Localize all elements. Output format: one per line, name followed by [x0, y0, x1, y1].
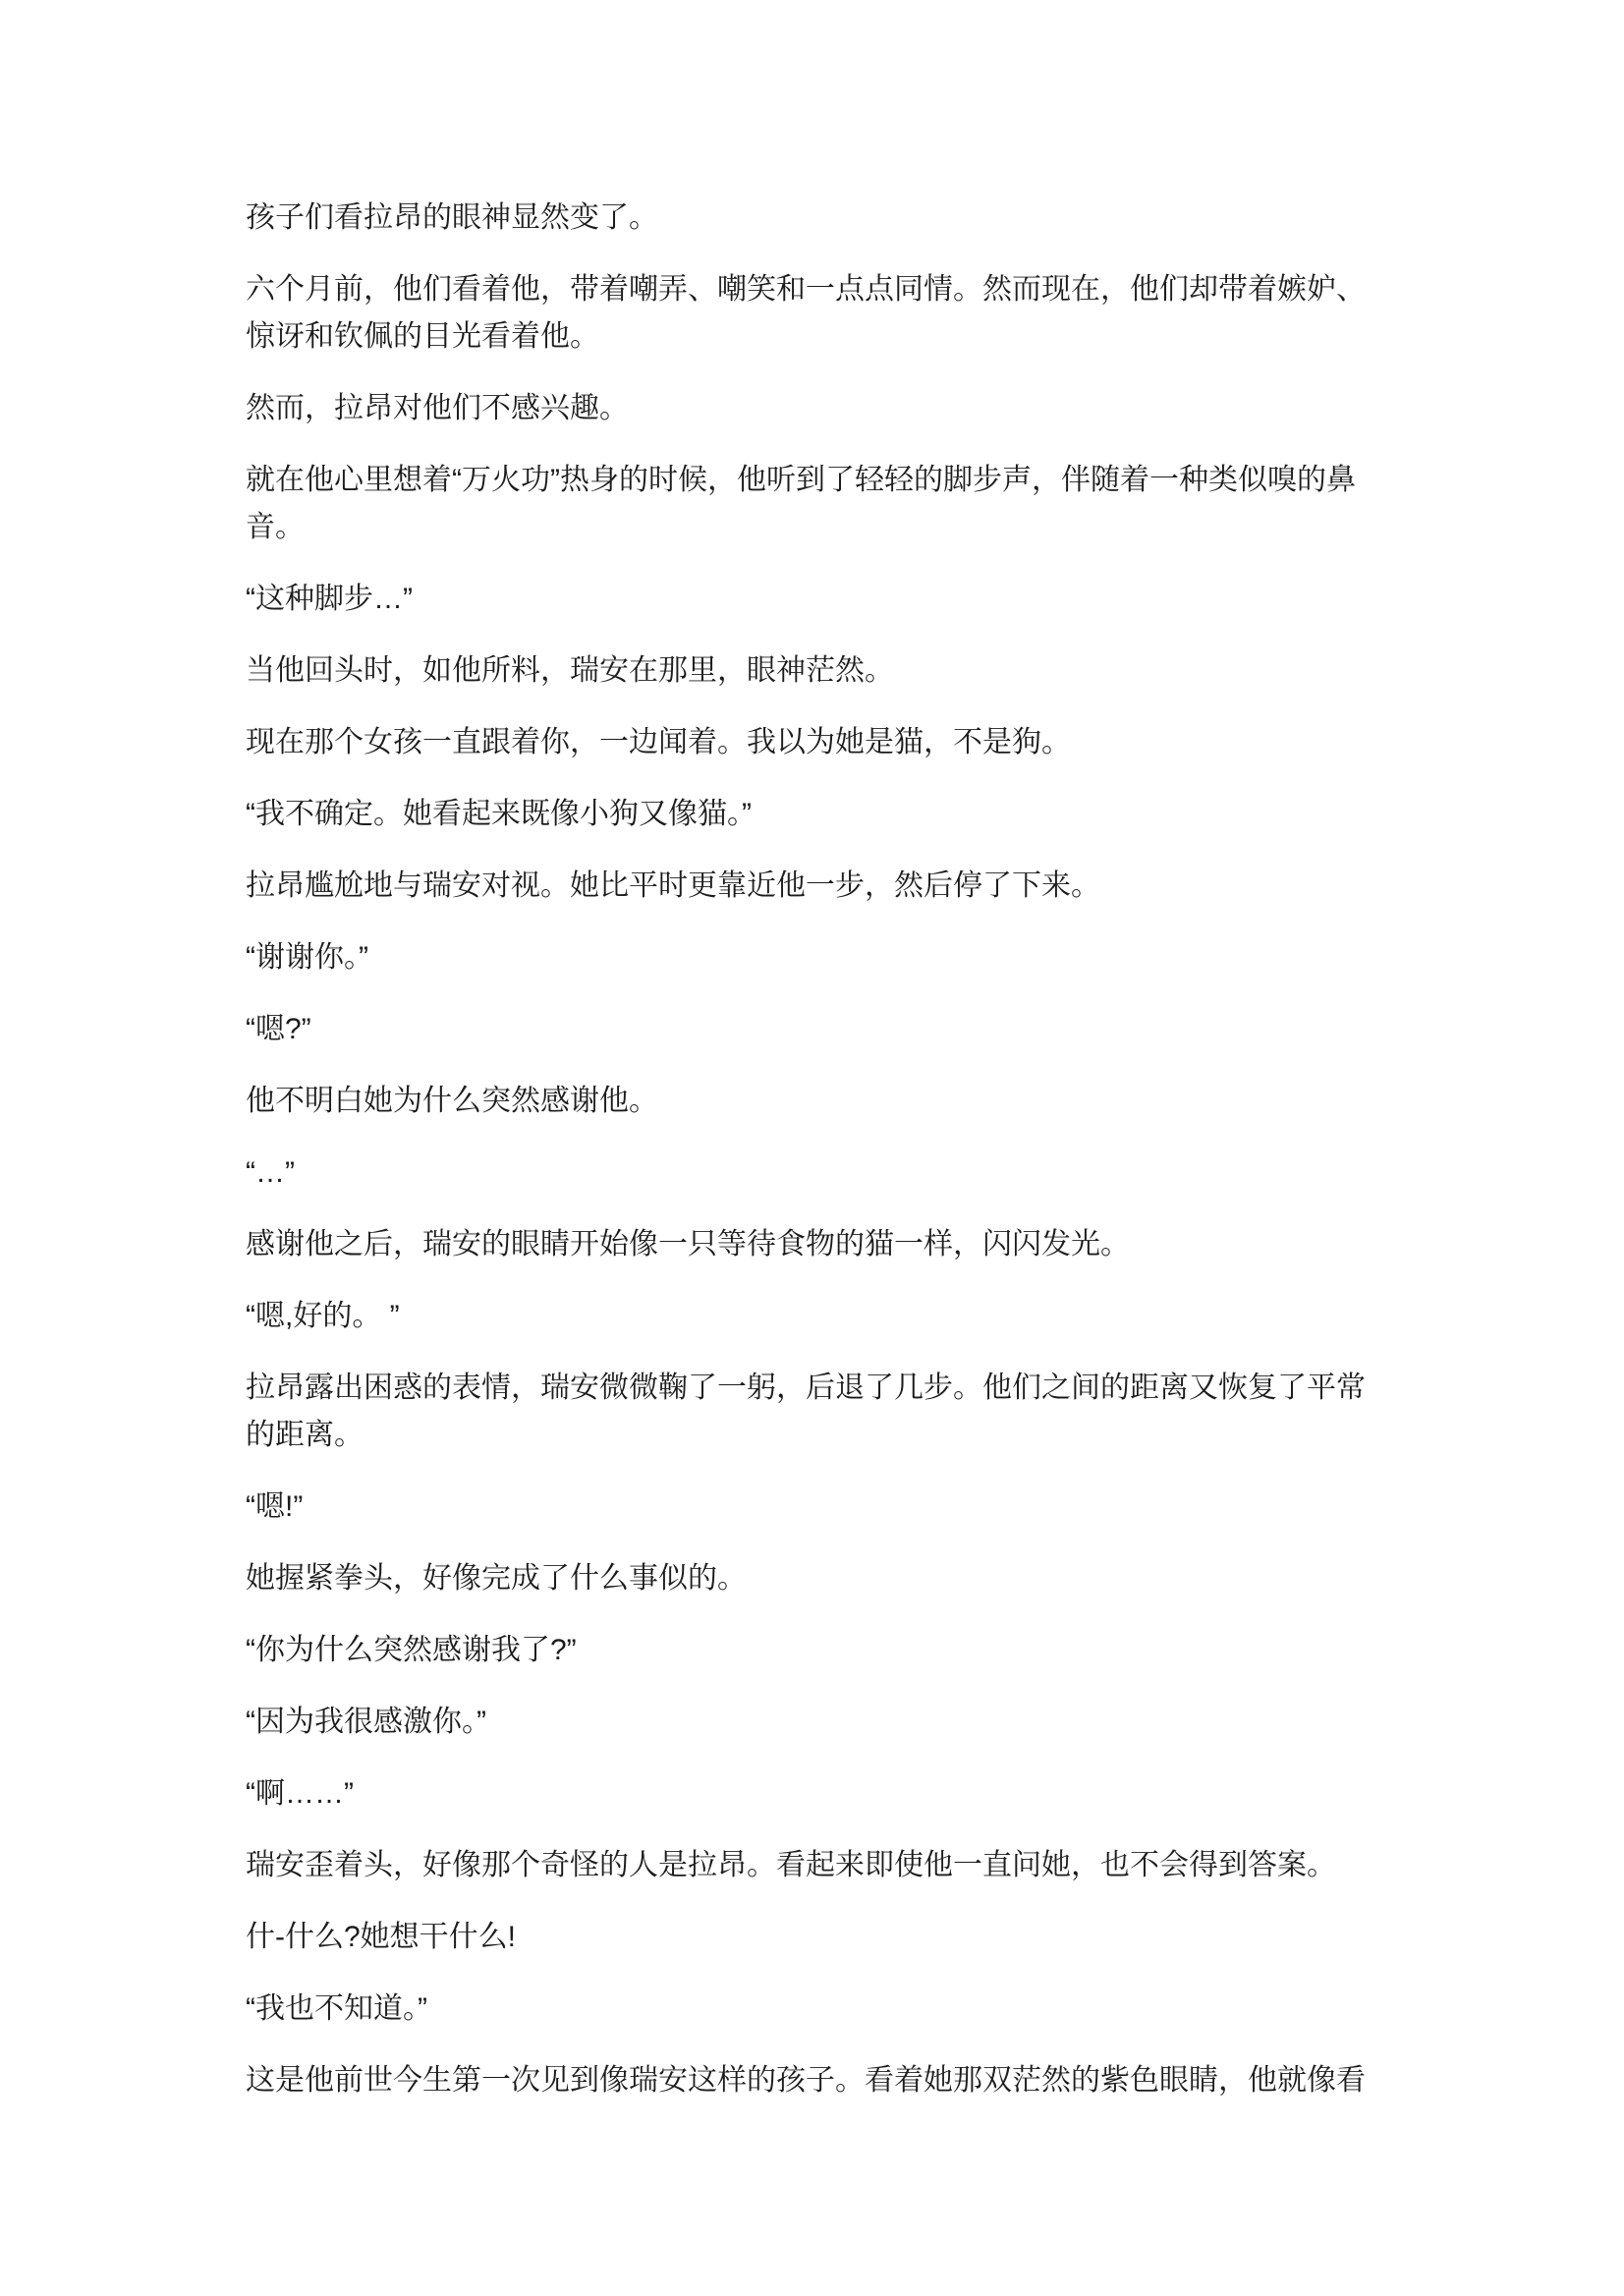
dialogue-paragraph: “我也不知道。” — [246, 1986, 1375, 2033]
dialogue-paragraph: “谢谢你。” — [246, 934, 1375, 981]
paragraph: 感谢他之后，瑞安的眼睛开始像一只等待食物的猫一样，闪闪发光。 — [246, 1221, 1375, 1268]
paragraph: 拉昂露出困惑的表情，瑞安微微鞠了一躬，后退了几步。他们之间的距离又恢复了平常的距… — [246, 1365, 1375, 1459]
dialogue-paragraph: “嗯?” — [246, 1006, 1375, 1053]
paragraph: 这是他前世今生第一次见到像瑞安这样的孩子。看着她那双茫然的紫色眼睛，他就像看 — [246, 2057, 1375, 2104]
novel-reader-page: 孩子们看拉昂的眼神显然变了。 六个月前，他们看着他，带着嘲弄、嘲笑和一点点同情。… — [0, 0, 1624, 2296]
dialogue-paragraph: “嗯!” — [246, 1484, 1375, 1531]
paragraph: 就在他心里想着“万火功”热身的时候，他听到了轻轻的脚步声，伴随着一种类似嗅的鼻音… — [246, 457, 1375, 551]
dialogue-paragraph: “因为我很感激你。” — [246, 1699, 1375, 1746]
paragraph: 拉昂尴尬地与瑞安对视。她比平时更靠近他一步，然后停了下来。 — [246, 863, 1375, 910]
dialogue-paragraph: “你为什么突然感谢我了?” — [246, 1627, 1375, 1674]
paragraph: 然而，拉昂对他们不感兴趣。 — [246, 385, 1375, 432]
paragraph: 六个月前，他们看着他，带着嘲弄、嘲笑和一点点同情。然而现在，他们却带着嫉妒、惊讶… — [246, 266, 1375, 361]
paragraph: 什-什么?她想干什么! — [246, 1914, 1375, 1961]
dialogue-paragraph: “啊……” — [246, 1770, 1375, 1818]
dialogue-paragraph: “…” — [246, 1149, 1375, 1197]
dialogue-paragraph: “这种脚步…” — [246, 576, 1375, 623]
paragraph: 瑞安歪着头，好像那个奇怪的人是拉昂。看起来即使他一直问她，也不会得到答案。 — [246, 1842, 1375, 1889]
paragraph: 现在那个女孩一直跟着你，一边闻着。我以为她是猫，不是狗。 — [246, 719, 1375, 766]
dialogue-paragraph: “嗯,好的。 ” — [246, 1293, 1375, 1340]
paragraph: 孩子们看拉昂的眼神显然变了。 — [246, 195, 1375, 242]
paragraph: 她握紧拳头，好像完成了什么事似的。 — [246, 1555, 1375, 1602]
dialogue-paragraph: “我不确定。她看起来既像小狗又像猫。” — [246, 791, 1375, 838]
document-text-body: 孩子们看拉昂的眼神显然变了。 六个月前，他们看着他，带着嘲弄、嘲笑和一点点同情。… — [246, 195, 1375, 2129]
paragraph: 他不明白她为什么突然感谢他。 — [246, 1078, 1375, 1125]
paragraph: 当他回头时，如他所料，瑞安在那里，眼神茫然。 — [246, 647, 1375, 695]
